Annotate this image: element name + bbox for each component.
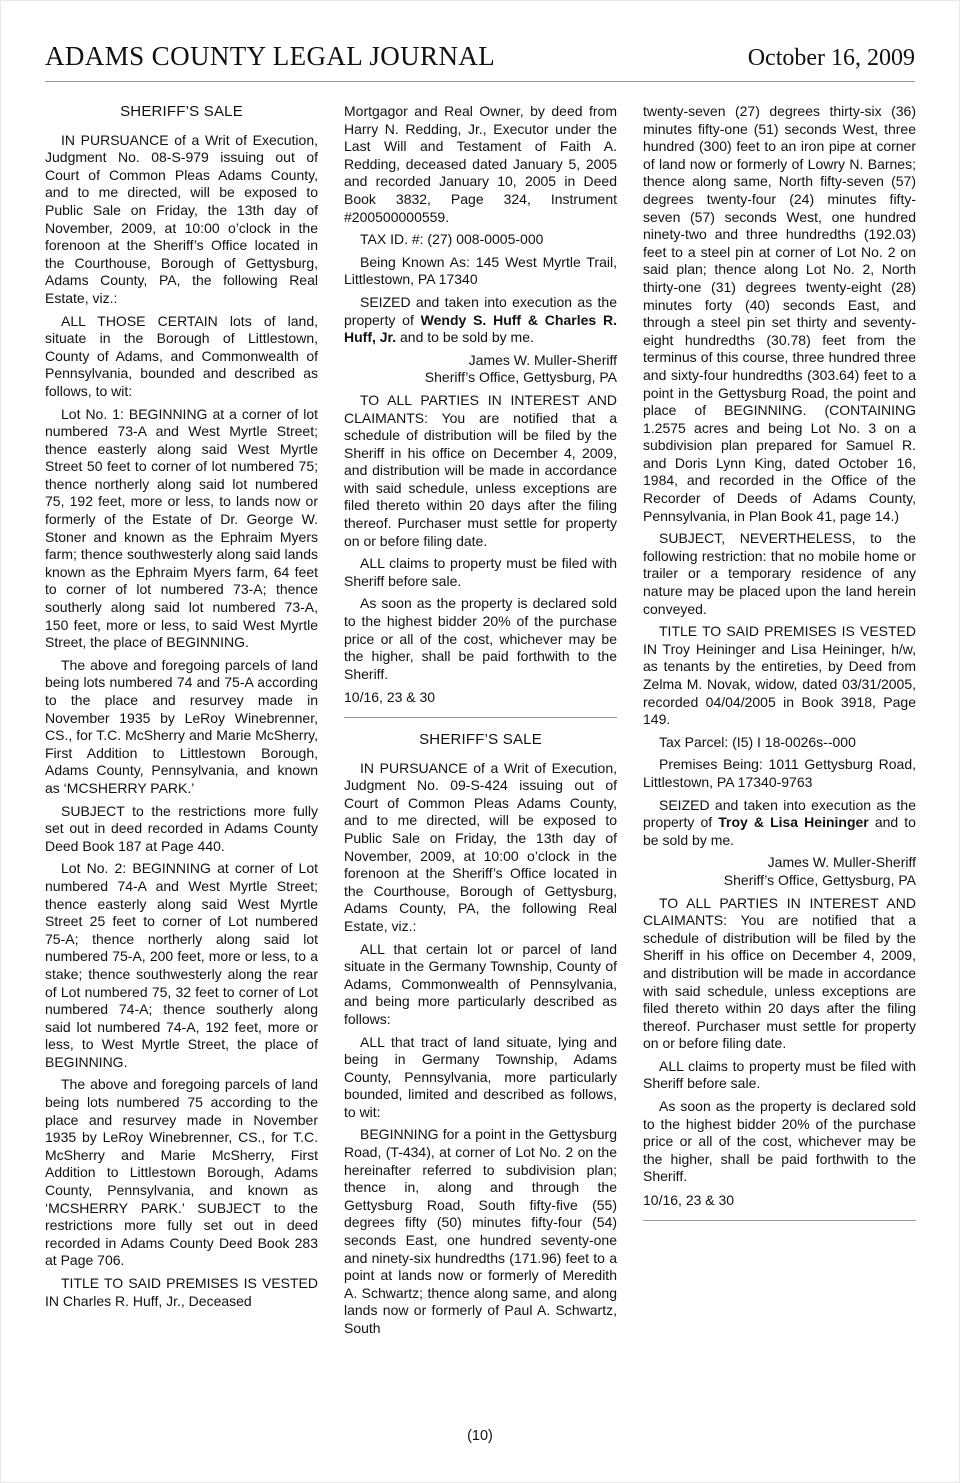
notice-paragraph: The above and foregoing parcels of land … — [45, 1076, 318, 1270]
sheriff-name: James W. Muller-Sheriff — [344, 352, 617, 370]
masthead: ADAMS COUNTY LEGAL JOURNAL October 16, 2… — [45, 41, 915, 72]
notice-paragraph: TO ALL PARTIES IN INTEREST AND CLAIMANTS… — [643, 895, 916, 1053]
sheriff-signature: James W. Muller-Sheriff Sheriff’s Office… — [643, 854, 916, 889]
tax-id-line: TAX ID. #: (27) 008-0005-000 — [344, 231, 617, 249]
sheriff-name: James W. Muller-Sheriff — [643, 854, 916, 872]
notice-paragraph: TO ALL PARTIES IN INTEREST AND CLAIMANTS… — [344, 392, 617, 550]
notice-paragraph: ALL that certain lot or parcel of land s… — [344, 941, 617, 1029]
section-divider — [643, 1220, 916, 1221]
seized-paragraph: SEIZED and taken into execution as the p… — [344, 294, 617, 347]
notice-paragraph: Lot No. 2: BEGINNING at corner of Lot nu… — [45, 860, 318, 1071]
sheriff-office: Sheriff’s Office, Gettysburg, PA — [344, 369, 617, 387]
being-known-as-line: Being Known As: 145 West Myrtle Trail, L… — [344, 254, 617, 289]
notice-paragraph: ALL claims to property must be filed wit… — [344, 555, 617, 590]
notice-paragraph: ALL THOSE CERTAIN lots of land, situate … — [45, 313, 318, 401]
seized-names: Troy & Lisa Heininger — [718, 814, 869, 830]
notice-paragraph: SUBJECT, NEVERTHELESS, to the following … — [643, 530, 916, 618]
run-dates: 10/16, 23 & 30 — [344, 689, 617, 707]
notice-paragraph: As soon as the property is declared sold… — [643, 1098, 916, 1186]
notice-paragraph: TITLE TO SAID PREMISES IS VESTED IN Troy… — [643, 623, 916, 729]
seized-suffix: and to be sold by me. — [396, 329, 534, 345]
sheriffs-sale-heading-1: SHERIFF’S SALE — [45, 103, 318, 121]
section-divider — [344, 717, 617, 718]
notice-paragraph: Lot No. 1: BEGINNING at a corner of lot … — [45, 406, 318, 652]
journal-title: ADAMS COUNTY LEGAL JOURNAL — [45, 41, 495, 72]
sheriff-signature: James W. Muller-Sheriff Sheriff’s Office… — [344, 352, 617, 387]
header-rule — [45, 81, 915, 82]
issue-date: October 16, 2009 — [748, 45, 915, 72]
notice-paragraph: IN PURSUANCE of a Writ of Execution, Jud… — [45, 132, 318, 308]
notice-paragraph: As soon as the property is declared sold… — [344, 595, 617, 683]
column-2: Mortgagor and Real Owner, by deed from H… — [344, 103, 617, 1343]
column-3: twenty-seven (27) degrees thirty-six (36… — [643, 103, 916, 1234]
journal-page: ADAMS COUNTY LEGAL JOURNAL October 16, 2… — [0, 0, 960, 1483]
sheriff-office: Sheriff’s Office, Gettysburg, PA — [643, 872, 916, 890]
premises-line: Premises Being: 1011 Gettysburg Road, Li… — [643, 756, 916, 791]
tax-parcel-line: Tax Parcel: (I5) I 18-0026s--000 — [643, 734, 916, 752]
content-columns: SHERIFF’S SALE IN PURSUANCE of a Writ of… — [45, 103, 915, 1343]
notice-paragraph: SUBJECT to the restrictions more fully s… — [45, 803, 318, 856]
notice-paragraph: The above and foregoing parcels of land … — [45, 657, 318, 798]
run-dates: 10/16, 23 & 30 — [643, 1192, 916, 1210]
notice-paragraph: BEGINNING for a point in the Gettysburg … — [344, 1126, 617, 1337]
seized-paragraph: SEIZED and taken into execution as the p… — [643, 797, 916, 850]
page-number: (10) — [467, 1428, 493, 1444]
continuation-paragraph: Mortgagor and Real Owner, by deed from H… — [344, 103, 617, 226]
notice-paragraph: IN PURSUANCE of a Writ of Execution, Jud… — [344, 760, 617, 936]
page-footer: (10) — [1, 1428, 959, 1444]
notice-paragraph: ALL that tract of land situate, lying an… — [344, 1034, 617, 1122]
notice-paragraph: ALL claims to property must be filed wit… — [643, 1058, 916, 1093]
sheriffs-sale-heading-2: SHERIFF’S SALE — [344, 731, 617, 749]
continuation-paragraph: twenty-seven (27) degrees thirty-six (36… — [643, 103, 916, 525]
column-1: SHERIFF’S SALE IN PURSUANCE of a Writ of… — [45, 103, 318, 1315]
notice-paragraph: TITLE TO SAID PREMISES IS VESTED IN Char… — [45, 1275, 318, 1310]
